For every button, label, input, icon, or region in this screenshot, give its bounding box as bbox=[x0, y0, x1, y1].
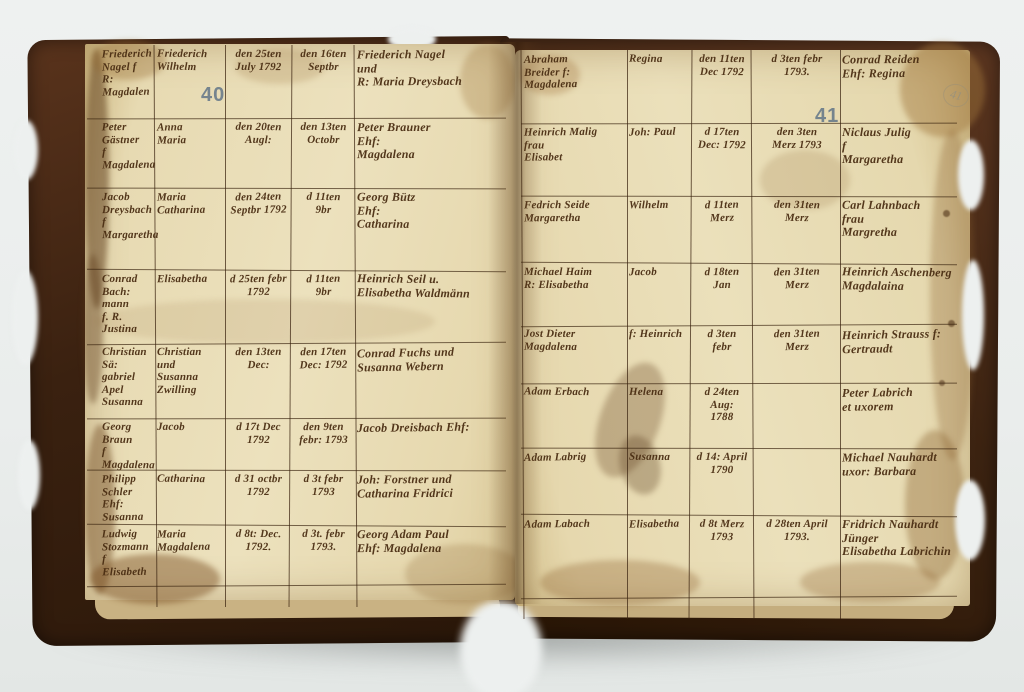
register-cell: Carl Lahnbach frau Margretha bbox=[842, 199, 971, 241]
register-cell: Jacob bbox=[157, 421, 225, 434]
rule-line-horizontal bbox=[87, 118, 506, 120]
register-cell: d 11ten 9br bbox=[292, 272, 355, 298]
register-cell: Joh: Forstner und Catharina Fridrici bbox=[357, 472, 511, 500]
register-cell: Adam Labach bbox=[524, 517, 627, 531]
register-cell: den 24ten Septbr 1792 bbox=[227, 190, 290, 216]
register-cell: den 13ten Dec: bbox=[227, 346, 290, 372]
register-cell: d 11ten Merz bbox=[692, 198, 752, 224]
rule-line-horizontal bbox=[87, 584, 506, 588]
left-page: 40 Friederich Nagel f R: MagdalenFrieder… bbox=[85, 44, 515, 600]
register-cell: Georg Bütz Ehf: Catharina bbox=[357, 191, 511, 233]
register-cell: den 31ten Merz bbox=[754, 327, 840, 353]
register-cell: Heinrich Strauss f: Gertraudt bbox=[842, 327, 972, 357]
register-cell: Friederich Nagel und R: Maria Dreysbach bbox=[357, 47, 511, 89]
register-cell: den 31ten Merz bbox=[754, 265, 840, 292]
register-cell: d 11ten 9br bbox=[292, 191, 355, 217]
register-cell: Adam Labrig bbox=[524, 450, 627, 465]
rule-line-horizontal bbox=[521, 596, 957, 600]
register-cell: d 14: April 1790 bbox=[692, 451, 752, 476]
register-cell: Heinrich Seil u. Elisabetha Waldmänn bbox=[357, 272, 511, 301]
register-cell: Fridrich Nauhardt Jünger Elisabetha Labr… bbox=[842, 518, 971, 559]
register-cell: Conrad Reiden Ehf: Regina bbox=[842, 53, 971, 81]
register-cell: Heinrich Aschenberg Magdalaina bbox=[842, 265, 971, 294]
register-cell: Maria Catharina bbox=[157, 191, 225, 217]
register-cell: den 3ten Merz 1793 bbox=[754, 126, 840, 152]
register-cell: Maria Magdalena bbox=[157, 527, 225, 553]
register-cell: d 31 octbr 1792 bbox=[227, 473, 290, 498]
register-cell: d 8t Merz 1793 bbox=[692, 518, 752, 544]
register-cell: den 16ten Septbr bbox=[292, 48, 355, 73]
right-page: 41 41 Abraham Breider f: MagdalenaRegina… bbox=[515, 50, 970, 606]
register-cell: Elisabetha bbox=[157, 273, 225, 286]
ink-smudge bbox=[581, 353, 678, 486]
register-book-photo: 40 Friederich Nagel f R: MagdalenFrieder… bbox=[0, 0, 1024, 692]
register-cell: Jacob Dreisbach Ehf: bbox=[357, 420, 511, 436]
register-cell: den 20ten Augl: bbox=[227, 121, 290, 147]
register-cell: Regina bbox=[629, 53, 690, 66]
register-cell: Conrad Bach: mann f. R. Justina bbox=[102, 273, 155, 336]
register-cell: d 3ten febr bbox=[692, 328, 752, 353]
register-cell: d 17ten Dec: 1792 bbox=[692, 126, 752, 152]
register-cell: Christian und Susanna Zwilling bbox=[157, 346, 225, 396]
rule-line-horizontal bbox=[87, 269, 506, 273]
register-cell: Jacob Dreysbach f Margaretha bbox=[102, 191, 155, 241]
ink-smudge bbox=[613, 431, 667, 499]
register-cell: Ludwig Stozmann f Elisabeth bbox=[102, 528, 156, 579]
register-cell: Conrad Fuchs und Susanna Webern bbox=[357, 345, 511, 375]
register-cell: d 25ten febr 1792 bbox=[227, 273, 290, 299]
register-cell: d 3t febr 1793 bbox=[292, 473, 355, 498]
register-cell: Georg Braun f Magdalena bbox=[102, 421, 156, 472]
register-cell: den 9ten febr: 1793 bbox=[292, 421, 355, 447]
register-cell: Michael Haim R: Elisabetha bbox=[524, 266, 627, 291]
register-cell: d 24ten Aug: 1788 bbox=[692, 386, 752, 424]
register-cell: d 3t. febr 1793. bbox=[292, 528, 355, 553]
register-cell: f: Heinrich bbox=[629, 328, 690, 341]
register-cell: Christian Sä: gabriel Apel Susanna bbox=[102, 346, 155, 409]
register-cell: Peter Gästner f Magdalena bbox=[102, 121, 156, 172]
register-cell: d 17t Dec 1792 bbox=[227, 421, 290, 446]
page-number-stamp-40: 40 bbox=[201, 84, 225, 107]
register-cell: Friederich Nagel f R: Magdalen bbox=[102, 47, 156, 98]
register-cell: Jost Dieter Magdalena bbox=[524, 328, 627, 354]
register-cell: Abraham Breider f: Magdalena bbox=[524, 52, 628, 92]
register-cell: Adam Erbach bbox=[524, 385, 627, 399]
register-cell: Michael Nauhardt uxor: Barbara bbox=[842, 451, 971, 479]
register-cell: Catharina bbox=[157, 473, 225, 486]
register-cell: Niclaus Julig f Margaretha bbox=[842, 126, 971, 167]
register-cell: d 28ten April 1793. bbox=[754, 518, 840, 544]
page-number-pencil-41: 41 bbox=[941, 81, 972, 110]
register-cell: Friederich Wilhelm bbox=[157, 48, 225, 74]
register-cell: Fedrich Seide Margaretha bbox=[524, 199, 627, 225]
register-cell: den 25ten July 1792 bbox=[227, 48, 290, 73]
register-cell: d 3ten febr 1793. bbox=[754, 53, 840, 78]
register-cell: Georg Adam Paul Ehf: Magdalena bbox=[357, 528, 511, 555]
register-cell: den 17ten Dec: 1792 bbox=[292, 346, 355, 372]
register-cell: den 11ten Dec 1792 bbox=[692, 53, 752, 78]
register-cell: Wilhelm bbox=[629, 199, 690, 212]
register-cell: Heinrich Malig frau Elisabet bbox=[524, 125, 627, 164]
page-number-stamp-41: 41 bbox=[815, 105, 839, 128]
stain bbox=[83, 254, 103, 404]
rule-line-horizontal bbox=[87, 188, 506, 190]
register-cell: d 18ten Jan bbox=[692, 266, 752, 292]
register-cell: den 31ten Merz bbox=[754, 199, 840, 225]
register-cell: Elisabetha bbox=[629, 517, 690, 531]
register-cell: Jacob bbox=[629, 266, 690, 279]
register-cell: Peter Labrich et uxorem bbox=[842, 385, 971, 414]
register-cell: den 13ten Octobr bbox=[292, 121, 355, 146]
register-cell: d 8t: Dec. 1792. bbox=[227, 528, 290, 554]
register-cell: Anna Maria bbox=[157, 120, 225, 146]
register-cell: Peter Brauner Ehf: Magdalena bbox=[357, 121, 511, 162]
register-cell: Susanna bbox=[629, 451, 690, 464]
register-cell: Philipp Schler Ehf: Susanna bbox=[102, 472, 156, 523]
register-cell: Joh: Paul bbox=[629, 125, 690, 139]
register-cell: Helena bbox=[629, 386, 690, 399]
